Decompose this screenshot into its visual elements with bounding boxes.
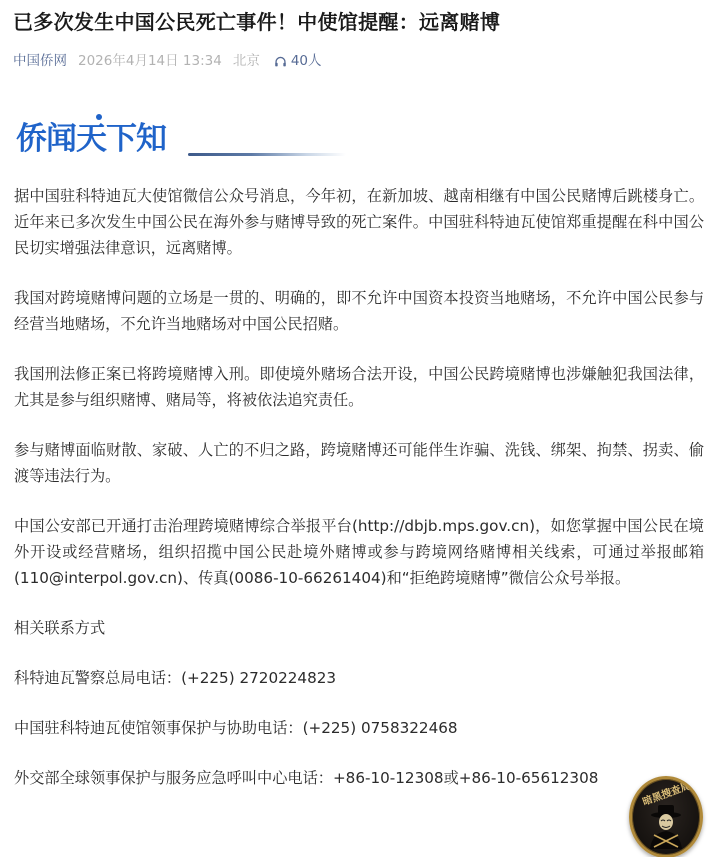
- article-meta: 中国侨网 2026年4月14日 13:34 北京 40人: [13, 51, 322, 71]
- paragraph-consequences: 参与赌博面临财散、家破、人亡的不归之路，跨境赌博还可能伴生诈骗、洗钱、绑架、拘禁…: [14, 437, 704, 489]
- paragraph-criminal-law: 我国刑法修正案已将跨境赌博入刑。即使境外赌场合法开设，中国公民跨境赌博也涉嫌触犯…: [14, 361, 704, 413]
- contacts-heading: 相关联系方式: [14, 615, 704, 641]
- listen-count: 40人: [291, 51, 322, 71]
- column-banner: 侨闻天下知: [14, 112, 344, 162]
- publish-date: 2026年4月14日 13:34: [78, 51, 222, 71]
- contact-police: 科特迪瓦警察总局电话：(+225) 2720224823: [14, 665, 704, 691]
- paragraph-intro: 据中国驻科特迪瓦大使馆微信公众号消息，今年初，在新加坡、越南相继有中国公民赌博后…: [14, 183, 704, 261]
- article-body: 据中国驻科特迪瓦大使馆微信公众号消息，今年初，在新加坡、越南相继有中国公民赌博后…: [14, 183, 704, 815]
- article-title: 已多次发生中国公民死亡事件！中使馆提醒：远离赌博: [13, 8, 500, 36]
- headphones-icon: [274, 55, 287, 68]
- listen-button[interactable]: 40人: [274, 51, 322, 71]
- source-link[interactable]: 中国侨网: [13, 51, 67, 71]
- banner-divider: [188, 153, 346, 156]
- contact-mfa-hotline: 外交部全球领事保护与服务应急呼叫中心电话：+86-10-12308或+86-10…: [14, 765, 704, 791]
- publish-location: 北京: [233, 51, 260, 71]
- watermark-badge: 暗黑搜查局: [629, 776, 703, 857]
- contact-embassy: 中国驻科特迪瓦使馆领事保护与协助电话：(+225) 0758322468: [14, 715, 704, 741]
- paragraph-stance: 我国对跨境赌博问题的立场是一贯的、明确的，即不允许中国资本投资当地赌场，不允许中…: [14, 285, 704, 337]
- column-logo: 侨闻天下知: [16, 120, 166, 158]
- paragraph-report-platform: 中国公安部已开通打击治理跨境赌博综合举报平台(http://dbjb.mps.g…: [14, 513, 704, 591]
- article: 已多次发生中国公民死亡事件！中使馆提醒：远离赌博 中国侨网 2026年4月14日…: [0, 0, 713, 857]
- masked-figure-badge-icon: [642, 801, 690, 849]
